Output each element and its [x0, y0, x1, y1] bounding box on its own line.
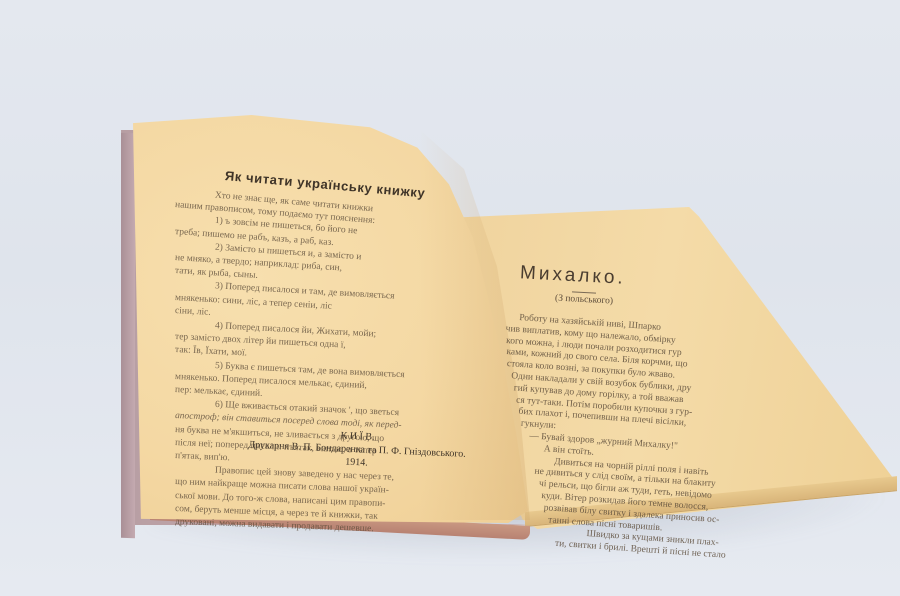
- photo-scene: Як читати українську книжку Хто не знає …: [0, 0, 900, 596]
- book-cover-edge: [121, 133, 135, 538]
- right-page-body: Роботу на хазяйській ниві, Шпарко чив ви…: [505, 305, 713, 548]
- left-page-body: Хто не знає ще, як саме читати книжки на…: [175, 186, 445, 529]
